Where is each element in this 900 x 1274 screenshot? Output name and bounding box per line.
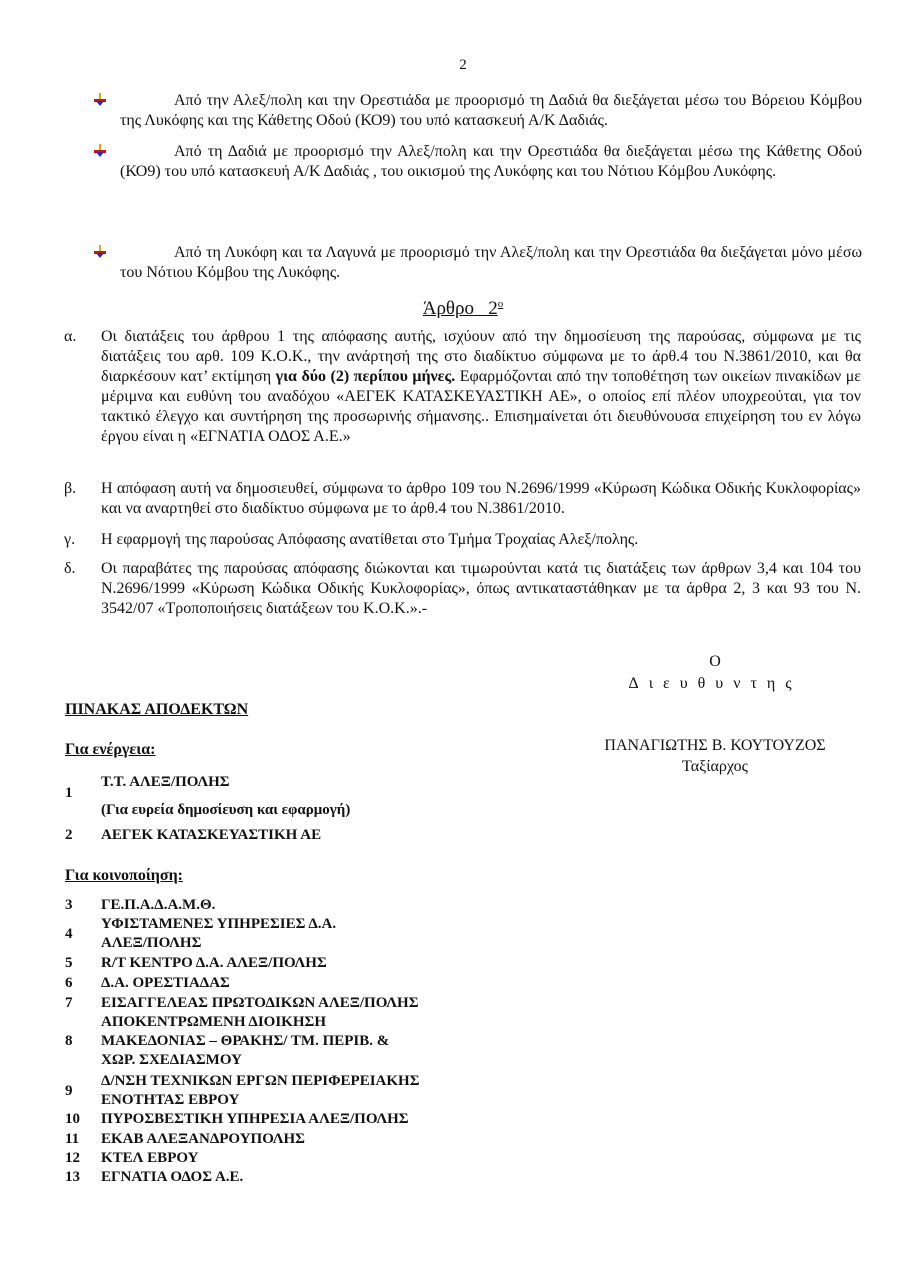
- recipient-name: R/T ΚΕΝΤΡΟ Δ.Α. ΑΛΕΞ/ΠΟΛΗΣ: [101, 954, 501, 973]
- recipient-number: 9: [65, 1082, 99, 1101]
- recipient-row: 9Δ/ΝΣΗ ΤΕΧΝΙΚΩΝ ΕΡΓΩΝ ΠΕΡΙΦΕΡΕΙΑΚΗΣΕΝΟΤΗ…: [65, 1072, 501, 1110]
- article-title: Άρθρο 2ο: [0, 292, 900, 321]
- recipient-number: 5: [65, 954, 99, 973]
- bullet-text: Από τη Λυκόφη και τα Λαγυνά με προορισμό…: [120, 243, 862, 283]
- signature-rank: Ταξίαρχος: [560, 757, 870, 777]
- clause-letter: δ.: [64, 559, 76, 579]
- signature-title: Διευθυντης: [560, 674, 870, 694]
- recipient-number: 1: [65, 784, 99, 803]
- recipient-row: 8ΑΠΟΚΕΝΤΡΩΜΕΝΗ ΔΙΟΙΚΗΣΗΜΑΚΕΔΟΝΙΑΣ – ΘΡΑΚ…: [65, 1013, 501, 1070]
- clause-b: β. Η απόφαση αυτή να δημοσιευθεί, σύμφων…: [64, 479, 864, 519]
- bullet-item: Από τη Δαδιά με προορισμό την Αλεξ/πολη …: [90, 142, 900, 182]
- recipient-name: ΓΕ.Π.Α.Δ.Α.Μ.Θ.: [101, 896, 501, 915]
- clause-duration-bold: για δύο (2) περίπου μήνες.: [276, 368, 456, 385]
- recipient-name: Δ.Α. ΟΡΕΣΤΙΑΔΑΣ: [101, 974, 501, 993]
- recipient-row: 3ΓΕ.Π.Α.Δ.Α.Μ.Θ.: [65, 896, 501, 915]
- recipients-title: ΠΙΝΑΚΑΣ ΑΠΟΔΕΚΤΩΝ: [65, 700, 248, 720]
- clause-text: Η απόφαση αυτή να δημοσιευθεί, σύμφωνα τ…: [101, 479, 861, 519]
- arrow-down-bullet-icon: [93, 93, 107, 107]
- action-title: Για ενέργεια:: [65, 740, 155, 760]
- clause-c: γ. Η εφαρμογή της παρούσας Απόφασης ανατ…: [64, 530, 864, 550]
- bullet-text: Από τη Δαδιά με προορισμό την Αλεξ/πολη …: [120, 142, 862, 182]
- recipient-name: ΕΓΝΑΤΙΑ ΟΔΟΣ Α.Ε.: [101, 1168, 501, 1187]
- recipient-row: 13ΕΓΝΑΤΙΑ ΟΔΟΣ Α.Ε.: [65, 1168, 501, 1187]
- clause-a: α. Οι διατάξεις του άρθρου 1 της απόφαση…: [64, 327, 864, 447]
- page-number: 2: [0, 55, 900, 75]
- recipient-row: 4ΥΦΙΣΤΑΜΕΝΕΣ ΥΠΗΡΕΣΙΕΣ Δ.Α.ΑΛΕΞ/ΠΟΛΗΣ: [65, 915, 501, 953]
- recipient-row: 6Δ.Α. ΟΡΕΣΤΙΑΔΑΣ: [65, 974, 501, 993]
- notify-title: Για κοινοποίηση:: [65, 866, 183, 886]
- clause-letter: β.: [64, 479, 76, 499]
- recipient-row: 2ΑΕΓΕΚ ΚΑΤΑΣΚΕΥΑΣΤΙΚΗ ΑΕ: [65, 826, 501, 845]
- recipient-row: 10ΠΥΡΟΣΒΕΣΤΙΚΗ ΥΠΗΡΕΣΙΑ ΑΛΕΞ/ΠΟΛΗΣ: [65, 1110, 501, 1129]
- recipient-number: 7: [65, 994, 99, 1013]
- recipient-name: ΚΤΕΛ ΕΒΡΟΥ: [101, 1149, 501, 1168]
- recipient-number: 8: [65, 1032, 99, 1051]
- clause-letter: α.: [64, 327, 76, 347]
- recipient-row: 1Τ.Τ. ΑΛΕΞ/ΠΟΛΗΣ(Για ευρεία δημοσίευση κ…: [65, 768, 501, 824]
- recipient-number: 3: [65, 896, 99, 915]
- arrow-down-bullet-icon: [93, 144, 107, 158]
- recipient-name: ΕΙΣΑΓΓΕΛΕΑΣ ΠΡΩΤΟΔΙΚΩΝ ΑΛΕΞ/ΠΟΛΗΣ: [101, 994, 501, 1013]
- recipient-name: Τ.Τ. ΑΛΕΞ/ΠΟΛΗΣ(Για ευρεία δημοσίευση κα…: [101, 768, 501, 824]
- recipient-row: 7ΕΙΣΑΓΓΕΛΕΑΣ ΠΡΩΤΟΔΙΚΩΝ ΑΛΕΞ/ΠΟΛΗΣ: [65, 994, 501, 1013]
- recipient-row: 12ΚΤΕΛ ΕΒΡΟΥ: [65, 1149, 501, 1168]
- bullet-item: Από τη Λυκόφη και τα Λαγυνά με προορισμό…: [90, 243, 900, 283]
- recipient-number: 4: [65, 925, 99, 944]
- recipient-number: 11: [65, 1130, 99, 1149]
- signature-name: ΠΑΝΑΓΙΩΤΗΣ Β. ΚΟΥΤΟΥΖΟΣ: [560, 736, 870, 756]
- recipient-number: 13: [65, 1168, 99, 1187]
- article-title-superscript: ο: [498, 298, 504, 310]
- recipient-number: 6: [65, 974, 99, 993]
- recipient-name: ΥΦΙΣΤΑΜΕΝΕΣ ΥΠΗΡΕΣΙΕΣ Δ.Α.ΑΛΕΞ/ΠΟΛΗΣ: [101, 915, 501, 953]
- recipient-name: ΠΥΡΟΣΒΕΣΤΙΚΗ ΥΠΗΡΕΣΙΑ ΑΛΕΞ/ΠΟΛΗΣ: [101, 1110, 501, 1129]
- recipient-name: ΑΕΓΕΚ ΚΑΤΑΣΚΕΥΑΣΤΙΚΗ ΑΕ: [101, 826, 501, 845]
- clause-text: Οι διατάξεις του άρθρου 1 της απόφασης α…: [101, 327, 861, 447]
- signature-article: Ο: [560, 652, 870, 672]
- recipient-number: 12: [65, 1149, 99, 1168]
- clause-letter: γ.: [64, 530, 75, 550]
- recipient-name: Δ/ΝΣΗ ΤΕΧΝΙΚΩΝ ΕΡΓΩΝ ΠΕΡΙΦΕΡΕΙΑΚΗΣΕΝΟΤΗΤ…: [101, 1072, 501, 1110]
- recipient-number: 10: [65, 1110, 99, 1129]
- article-title-text: Άρθρο 2: [423, 298, 498, 319]
- bullet-item: Από την Αλεξ/πολη και την Ορεστιάδα με π…: [90, 91, 900, 131]
- recipient-row: 5R/T ΚΕΝΤΡΟ Δ.Α. ΑΛΕΞ/ΠΟΛΗΣ: [65, 954, 501, 973]
- clause-text: Η εφαρμογή της παρούσας Απόφασης ανατίθε…: [101, 530, 861, 550]
- clause-text: Οι παραβάτες της παρούσας απόφασης διώκο…: [101, 559, 861, 619]
- arrow-down-bullet-icon: [93, 245, 107, 259]
- bullet-text: Από την Αλεξ/πολη και την Ορεστιάδα με π…: [120, 91, 862, 131]
- recipient-name: ΕΚΑΒ ΑΛΕΞΑΝΔΡΟΥΠΟΛΗΣ: [101, 1130, 501, 1149]
- recipient-number: 2: [65, 826, 99, 845]
- clause-d: δ. Οι παραβάτες της παρούσας απόφασης δι…: [64, 559, 864, 619]
- recipient-name: ΑΠΟΚΕΝΤΡΩΜΕΝΗ ΔΙΟΙΚΗΣΗΜΑΚΕΔΟΝΙΑΣ – ΘΡΑΚΗ…: [101, 1013, 501, 1070]
- recipient-row: 11ΕΚΑΒ ΑΛΕΞΑΝΔΡΟΥΠΟΛΗΣ: [65, 1130, 501, 1149]
